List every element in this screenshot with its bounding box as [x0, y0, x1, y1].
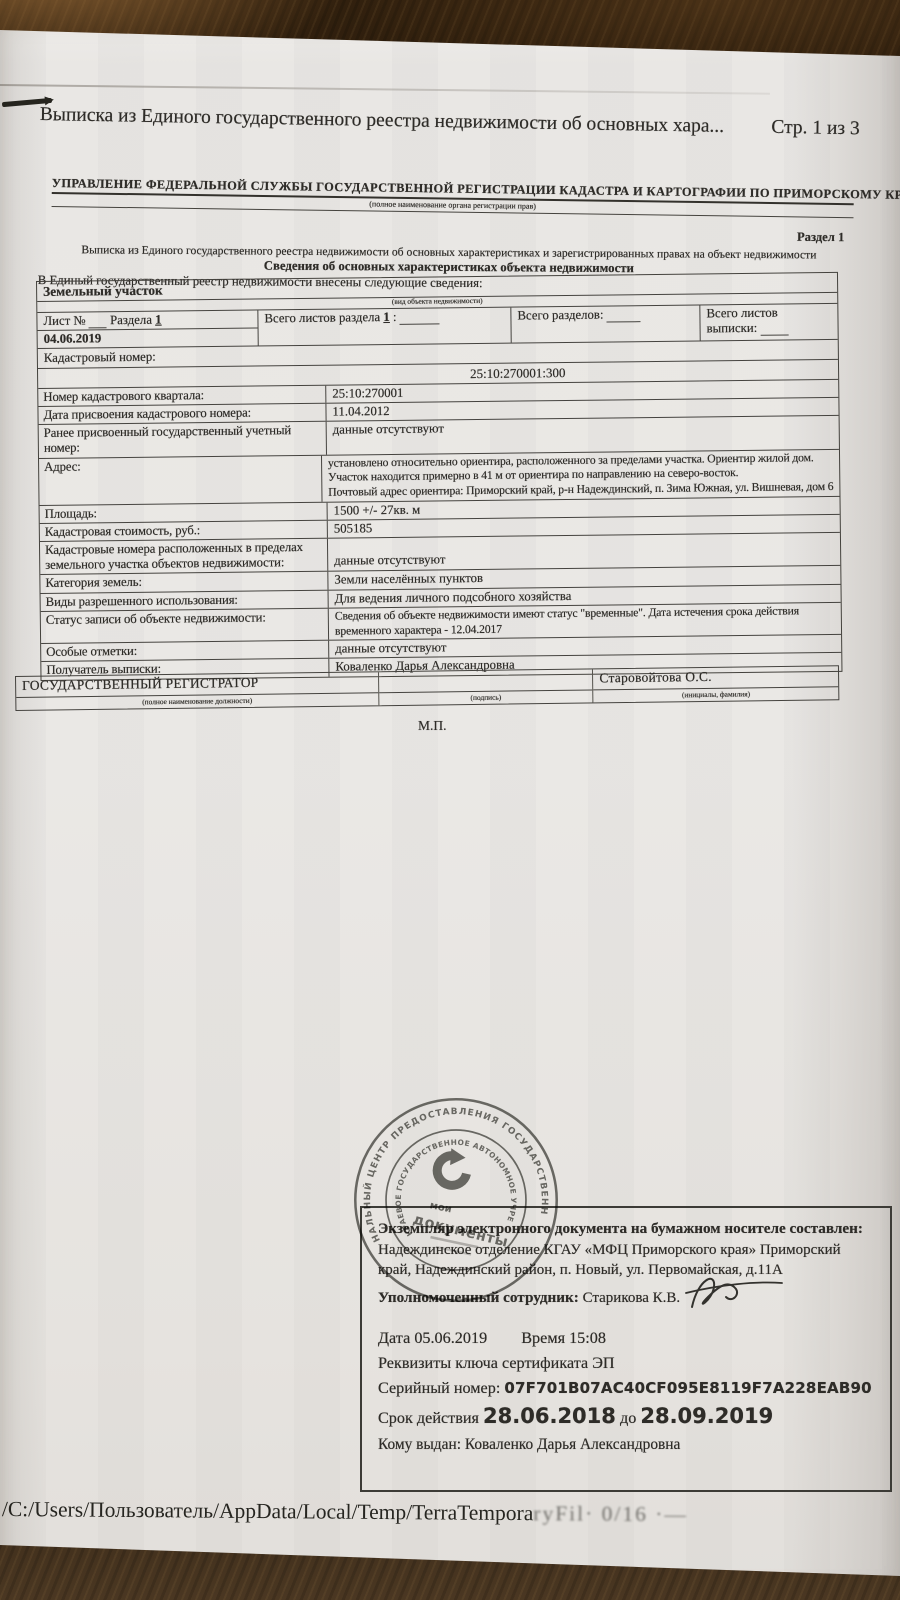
registrar-name-col: Старовойтова О.С. (инициалы, фамилия): [593, 666, 838, 702]
page-indicator: Стр. 1 из 3: [771, 117, 860, 141]
time-value: 15:08: [569, 1329, 606, 1347]
object-type-caption: (вид объекта недвижимости): [37, 293, 837, 313]
row-label: Адрес:: [39, 455, 322, 505]
document-header: Выписка из Единого государственного реес…: [40, 104, 860, 140]
table-row: Особые отметки: данные отсутствуют: [41, 635, 841, 662]
valid-to-date: 28.09.2019: [640, 1404, 773, 1428]
table-row: Категория земель: Земли населённых пункт…: [40, 566, 840, 593]
registrar-name: Старовойтова О.С.: [593, 666, 838, 689]
photo-of-document: { "colors":{"paper":"#eae8e5","wood_dark…: [0, 0, 900, 1600]
table-row: Дата присвоения кадастрового номера: 11.…: [38, 398, 838, 425]
address-line: установлено относительно ориентира, расп…: [328, 451, 833, 472]
address-line: Почтовый адрес ориентира: Приморский кра…: [328, 480, 833, 501]
validity-label: Срок действия: [378, 1409, 479, 1427]
registrar-title-caption: (полное наименование должности): [16, 692, 378, 710]
authority-name: УПРАВЛЕНИЕ ФЕДЕРАЛЬНОЙ СЛУЖБЫ ГОСУДАРСТВ…: [52, 176, 854, 205]
table-row: Кадастровая стоимость, руб.: 505185: [40, 515, 840, 542]
my-documents-logo-icon: [436, 1147, 468, 1186]
cadastral-number-value: 25:10:270001:300: [38, 360, 838, 389]
row-label: Виды разрешенного использования:: [41, 590, 329, 610]
row-label: Особые отметки:: [41, 641, 329, 661]
table-row: Номер кадастрового квартала: 25:10:27000…: [38, 380, 838, 407]
time-label: Время: [521, 1329, 565, 1347]
row-label: Дата присвоения кадастрового номера:: [38, 404, 326, 424]
logo-word-moi: мои: [429, 1200, 453, 1215]
table-row-address: Адрес: установлено относительно ориентир…: [39, 449, 839, 506]
cadastral-number-label: Кадастровый номер:: [38, 340, 838, 369]
row-value: Коваленко Дарья Александровна: [329, 653, 841, 676]
row-label: Статус записи об объекте недвижимости:: [41, 608, 329, 643]
row-value: данные отсутствуют: [329, 635, 841, 658]
object-type-cell: Земельный участок: [37, 273, 837, 302]
registrar-title: ГОСУДАРСТВЕННЫЙ РЕГИСТРАТОР: [16, 672, 378, 697]
row-value: Земли населённых пунктов: [328, 566, 840, 589]
total-extract-sheets-blank: [760, 324, 788, 335]
table-row: Виды разрешенного использования: Для вед…: [41, 584, 841, 611]
date-time-line: Дата 05.06.2019 Время 15:08: [378, 1329, 876, 1348]
issued-to-line: Кому выдан: Коваленко Дарья Александровн…: [378, 1436, 876, 1454]
officer-signature: [678, 1267, 788, 1319]
total-sheets-value: 1: [383, 310, 390, 324]
row-label: Ранее присвоенный государственный учетны…: [39, 422, 327, 457]
status-line: временного характера - 12.04.2017: [335, 618, 835, 639]
razdel-value: 1: [155, 312, 162, 326]
row-label: Получатель выписки:: [41, 659, 329, 679]
address-line: Участок находится примерно в 41 м от ори…: [328, 465, 833, 486]
serial-number-line: Серийный номер: 07F701B07AC40CF095E8119F…: [378, 1379, 876, 1398]
sheet-label: Лист №: [43, 313, 85, 327]
validity-line: Срок действия 28.06.2018 до 28.09.2019: [378, 1404, 876, 1428]
registrar-block: ГОСУДАРСТВЕННЫЙ РЕГИСТРАТОР (полное наим…: [15, 665, 839, 711]
key-requisites-line: Реквизиты ключа сертификата ЭП: [378, 1354, 876, 1373]
registrar-signature-col: (подпись): [379, 669, 594, 705]
row-label: Номер кадастрового квартала:: [38, 386, 326, 406]
table-row: Получатель выписки: Коваленко Дарья Алек…: [41, 653, 841, 679]
row-label: Категория земель:: [40, 572, 328, 592]
row-value: данные отсутствуют: [328, 533, 840, 571]
total-extract-sheets-label: Всего листов выписки:: [706, 305, 778, 335]
total-sections-cell: Всего разделов:: [511, 305, 700, 342]
row-value: 11.04.2012: [326, 398, 838, 421]
row-value: установлено относительно ориентира, расп…: [322, 449, 840, 501]
valid-to-connector: до: [620, 1409, 636, 1427]
file-path-tail: ryFil· 0/16 ·—: [533, 1501, 688, 1526]
valid-from-date: 28.06.2018: [483, 1404, 616, 1428]
issued-name: Коваленко Дарья Александровна: [465, 1436, 681, 1453]
sheet-date: 04.06.2019: [44, 328, 252, 346]
section-label: Раздел 1: [797, 230, 844, 245]
characteristics-table: Земельный участок (вид объекта недвижимо…: [36, 272, 842, 681]
razdel-label: Раздела: [110, 312, 152, 326]
issued-label: Кому выдан:: [378, 1436, 461, 1453]
extract-full-title: Выписка из Единого государственного реес…: [38, 243, 860, 262]
total-sections-label: Всего разделов:: [517, 307, 603, 322]
serial-value: 07F701B07AC40CF095E8119F7A228EAB90: [504, 1379, 871, 1397]
file-path-footer: /C:/Users/Пользователь/AppData/Local/Tem…: [2, 1497, 688, 1527]
total-sheets-colon: :: [393, 309, 397, 323]
logo-word-dokumenty: документы: [411, 1212, 510, 1251]
row-value: Сведения об объекте недвижимости имеют с…: [329, 603, 841, 641]
paper-sheet: Выписка из Единого государственного реес…: [0, 0, 900, 1600]
row-label: Кадастровая стоимость, руб.:: [40, 521, 328, 541]
table-row: Площадь: 1500 +/- 27кв. м: [40, 497, 840, 524]
row-value: Для ведения личного подсобного хозяйства: [329, 584, 841, 607]
intro-line: В Единый государственный реестр недвижим…: [38, 273, 860, 294]
total-sections-blank: [607, 311, 641, 322]
registrar-name-caption: (инициалы, фамилия): [594, 686, 839, 702]
table-row: Кадастровые номера расположенных в преде…: [40, 533, 840, 575]
table-row-status: Статус записи об объекте недвижимости: С…: [41, 603, 841, 645]
status-line: Сведения об объекте недвижимости имеют с…: [335, 604, 835, 625]
mfc-round-stamp: НАЛЬНЫЙ ЦЕНТР ПРЕДОСТАВЛЕНИЯ ГОСУДАРСТВЕ…: [336, 1080, 575, 1319]
total-extract-sheets-cell: Всего листов выписки:: [700, 303, 837, 340]
serial-label: Серийный номер:: [378, 1379, 500, 1397]
pen-dash-mark: [2, 98, 52, 107]
sheet-number-cell: Лист № Раздела 1 04.06.2019: [37, 310, 258, 348]
total-sheets-cell: Всего листов раздела 1 :: [258, 307, 511, 345]
date-label: Дата: [378, 1329, 410, 1347]
date-value: 05.06.2019: [414, 1329, 487, 1347]
total-sheets-label: Всего листов раздела: [264, 310, 380, 325]
authority-caption: (полное наименование органа регистрации …: [52, 194, 854, 218]
row-value: 505185: [328, 515, 840, 538]
row-label: Площадь:: [40, 503, 328, 523]
sheet-blank: [89, 317, 107, 328]
file-path-text: /C:/Users/Пользователь/AppData/Local/Tem…: [2, 1497, 534, 1525]
document-title-truncated: Выписка из Единого государственного реес…: [40, 104, 725, 138]
table-row: Ранее присвоенный государственный учетны…: [39, 416, 839, 458]
officer-name: Старикова К.В.: [583, 1290, 681, 1306]
sheet-counters-row: Лист № Раздела 1 04.06.2019 Всего листов…: [37, 303, 837, 348]
row-label: Кадастровые номера расположенных в преде…: [40, 539, 328, 574]
total-sheets-blank: [400, 313, 440, 324]
stamp-outer-ring: [342, 1086, 569, 1313]
under-sheet-edge: [0, 84, 770, 94]
registration-authority-block: УПРАВЛЕНИЕ ФЕДЕРАЛЬНОЙ СЛУЖБЫ ГОСУДАРСТВ…: [52, 176, 854, 218]
extract-subtitle: Сведения об основных характеристиках объ…: [38, 257, 860, 278]
row-value: 25:10:270001: [326, 380, 838, 403]
registrar-position-col: ГОСУДАРСТВЕННЫЙ РЕГИСТРАТОР (полное наим…: [16, 672, 379, 710]
stamp-small-line: [436, 1246, 472, 1256]
seal-place-mark: М.П.: [418, 718, 447, 734]
row-value: данные отсутствуют: [327, 416, 839, 454]
signature-caption: (подпись): [379, 689, 593, 705]
registrar-signature-space: [379, 669, 593, 692]
preamble: Выписка из Единого государственного реес…: [38, 243, 860, 294]
row-value: 1500 +/- 27кв. м: [328, 497, 840, 520]
